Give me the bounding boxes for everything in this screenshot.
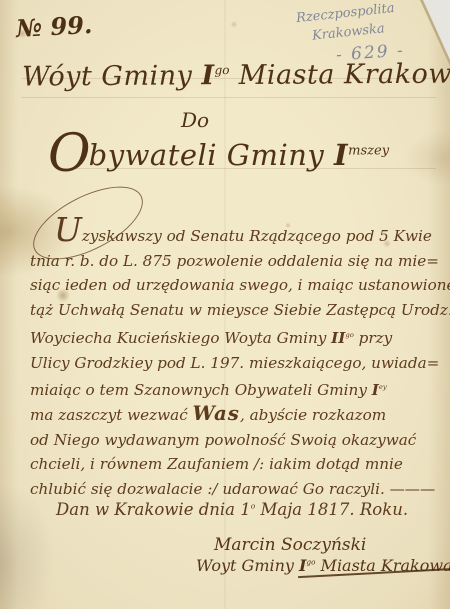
scanned-document-page: { "colors": { "paper": "#eadfbd", "ink":… (0, 0, 450, 609)
signature-name: Marcin Soczyński (214, 535, 366, 555)
body-line: chcieli, i równem Zaufaniem /: iakim dot… (30, 452, 442, 477)
body-line: tąż Uchwałą Senatu w mieysce Siebie Zast… (30, 298, 442, 323)
document-number: № 99. (15, 10, 93, 43)
document-title-line2: Obywateli Gminy Imszey (48, 138, 389, 172)
body-line: od Niego wydawanym powolność Swoią okazy… (30, 428, 442, 453)
pencil-guide-line (22, 97, 436, 98)
body-line: siąc ieden od urzędowania swego, i maiąc… (30, 273, 442, 298)
salutation-do: Do (181, 108, 209, 132)
body-paragraph: Uzyskawszy od Senatu Rządzącego pod 5 Kw… (30, 224, 442, 502)
body-line: ma zaszczyt wezwać Was, abyście rozkazom (30, 403, 442, 428)
body-line: chlubić się dozwalacie :/ udarować Go ra… (30, 477, 442, 502)
dateline: Dan w Krakowie dnia 1o Maja 1817. Roku. (56, 500, 408, 519)
document-title-line1: Wóyt Gminy Igo Miasta Krakowa (22, 58, 450, 92)
body-line: Ulicy Grodzkiey pod L. 197. mieszkaiąceg… (30, 351, 442, 376)
body-line: miaiąc o tem Szanownych Obywateli Gminy … (30, 375, 442, 403)
body-line: Uzyskawszy od Senatu Rządzącego pod 5 Kw… (30, 224, 442, 249)
body-line: tnia r. b. do L. 875 pozwolenie oddaleni… (30, 249, 442, 274)
body-line: Woyciecha Kucieńskiego Woyta Gminy IIgo … (30, 323, 442, 351)
